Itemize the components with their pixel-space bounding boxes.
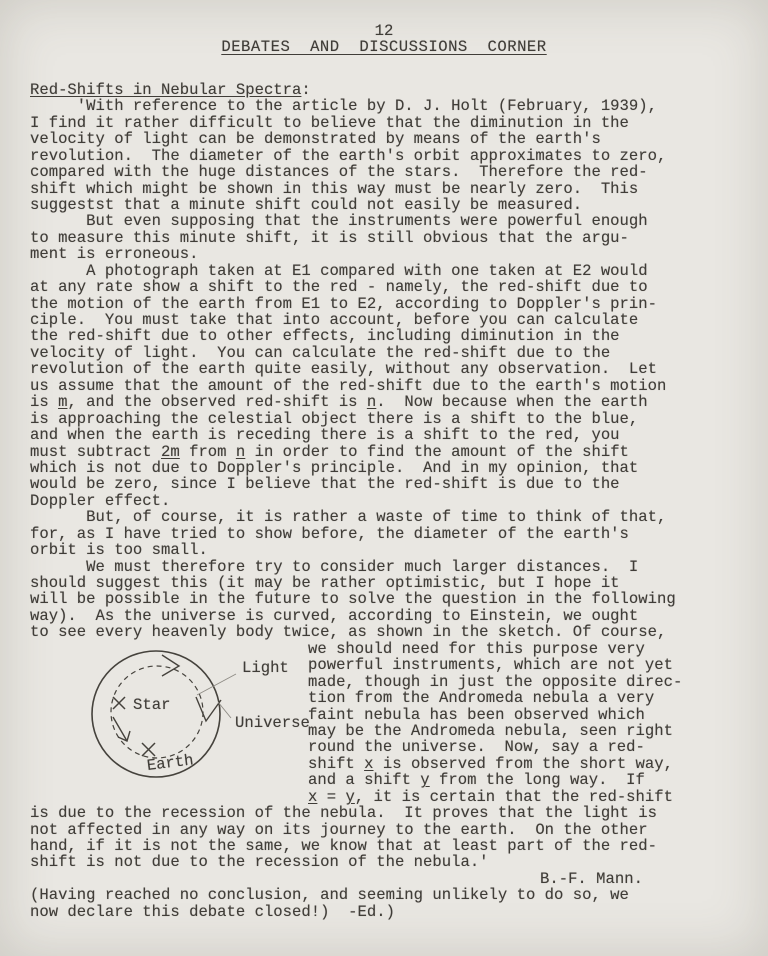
underlined-variable: 2m bbox=[161, 443, 180, 461]
text-line: is approaching the celestial object ther… bbox=[30, 411, 768, 427]
section-title: DEBATES AND DISCUSSIONS CORNER bbox=[221, 38, 546, 56]
star-label: Star bbox=[133, 696, 170, 714]
text-line: not affected in any way on its journey t… bbox=[30, 822, 768, 838]
text-line: made, though in just the opposite direc- bbox=[308, 674, 768, 690]
text-line: to see every heavenly body twice, as sho… bbox=[30, 624, 768, 640]
underlined-variable: n bbox=[367, 393, 376, 411]
text-line: hand, if it is not the same, we know tha… bbox=[30, 838, 768, 854]
text-line: would be zero, since I believe that the … bbox=[30, 476, 768, 492]
text-line: must subtract 2m from n in order to find… bbox=[30, 444, 768, 460]
star-x-mark bbox=[113, 697, 125, 709]
article-heading-colon: : bbox=[301, 81, 310, 99]
underlined-variable: m bbox=[58, 393, 67, 411]
text-line: orbit is too small. bbox=[30, 542, 768, 558]
text-line: But, of course, it is rather a waste of … bbox=[30, 509, 768, 525]
text-line: ment is erroneous. bbox=[30, 246, 768, 262]
editor-note: (Having reached no conclusion, and seemi… bbox=[0, 887, 768, 920]
text-line: powerful instruments, which are not yet bbox=[308, 657, 768, 673]
text-line: velocity of light. You can calculate the… bbox=[30, 345, 768, 361]
text-line: We must therefore try to consider much l… bbox=[30, 559, 768, 575]
document-page: 12 DEBATES AND DISCUSSIONS CORNER Red-Sh… bbox=[0, 0, 768, 956]
text-line: we should need for this purpose very bbox=[308, 641, 768, 657]
text-line: is due to the recession of the nebula. I… bbox=[30, 805, 768, 821]
text-line: shift x is observed from the short way, bbox=[308, 756, 768, 772]
earth-x-mark bbox=[142, 743, 155, 756]
text-line: is m, and the observed red-shift is n. N… bbox=[30, 394, 768, 410]
text-line: and a shift y from the long way. If bbox=[308, 772, 768, 788]
paragraph-5: We must therefore try to consider much l… bbox=[0, 559, 768, 641]
text-line: should suggest this (it may be rather op… bbox=[30, 575, 768, 591]
text-line: I find it rather difficult to believe th… bbox=[30, 115, 768, 131]
text-line: the motion of the earth from E1 to E2, a… bbox=[30, 296, 768, 312]
underlined-variable: n bbox=[236, 443, 245, 461]
text-line: round the universe. Now, say a red- bbox=[308, 739, 768, 755]
article-heading: Red-Shifts in Nebular Spectra: bbox=[0, 82, 768, 98]
text-line: way). As the universe is curved, accordi… bbox=[30, 608, 768, 624]
text-line: shift is not due to the recession of the… bbox=[30, 854, 768, 870]
text-line: A photograph taken at E1 compared with o… bbox=[30, 263, 768, 279]
text-line: 'With reference to the article by D. J. … bbox=[30, 98, 768, 114]
universe-sketch-diagram: Star Earth Light Universe bbox=[85, 641, 317, 789]
text-line: at any rate show a shift to the red - na… bbox=[30, 279, 768, 295]
paragraph-1: 'With reference to the article by D. J. … bbox=[0, 98, 768, 213]
text-line: compared with the huge distances of the … bbox=[30, 164, 768, 180]
text-line: may be the Andromeda nebula, seen right bbox=[308, 723, 768, 739]
underlined-variable: x bbox=[308, 788, 317, 806]
text-line: will be possible in the future to solve … bbox=[30, 591, 768, 607]
paragraph-2: But even supposing that the instruments … bbox=[0, 213, 768, 262]
underlined-variable: y bbox=[345, 788, 354, 806]
text-line: suggestst that a minute shift could not … bbox=[30, 197, 768, 213]
text-line: But even supposing that the instruments … bbox=[30, 213, 768, 229]
text-line: velocity of light can be demonstrated by… bbox=[30, 131, 768, 147]
paragraph-3: A photograph taken at E1 compared with o… bbox=[0, 263, 768, 510]
light-label: Light bbox=[242, 659, 289, 677]
text-line: for, as I have tried to show before, the… bbox=[30, 526, 768, 542]
text-line: us assume that the amount of the red-shi… bbox=[30, 378, 768, 394]
underlined-variable: y bbox=[420, 771, 429, 789]
underlined-variable: x bbox=[364, 755, 373, 773]
text-line: tion from the Andromeda nebula a very bbox=[308, 690, 768, 706]
text-line: to measure this minute shift, it is stil… bbox=[30, 230, 768, 246]
light-arrow-right bbox=[196, 697, 221, 721]
paragraph-5-continued: is due to the recession of the nebula. I… bbox=[0, 805, 768, 871]
text-line: ciple. You must take that into account, … bbox=[30, 312, 768, 328]
text-line: x = y, it is certain that the red-shift bbox=[308, 789, 768, 805]
author-signature: B.-F. Mann. bbox=[0, 871, 768, 887]
text-line: Doppler effect. bbox=[30, 493, 768, 509]
text-line: revolution of the earth quite easily, wi… bbox=[30, 361, 768, 377]
text-line: revolution. The diameter of the earth's … bbox=[30, 148, 768, 164]
article-heading-text: Red-Shifts in Nebular Spectra bbox=[30, 81, 301, 99]
text-line: which is not due to Doppler's principle.… bbox=[30, 460, 768, 476]
text-line: (Having reached no conclusion, and seemi… bbox=[30, 887, 768, 903]
light-arrow-top bbox=[162, 655, 179, 676]
paragraph-4: But, of course, it is rather a waste of … bbox=[0, 509, 768, 558]
text-line: and when the earth is receding there is … bbox=[30, 427, 768, 443]
page-number: 12 bbox=[0, 0, 768, 39]
text-line: shift which might be shown in this way m… bbox=[30, 181, 768, 197]
text-line: now declare this debate closed!) -Ed.) bbox=[30, 904, 768, 920]
text-line: faint nebula has been observed which bbox=[308, 707, 768, 723]
section-title-row: DEBATES AND DISCUSSIONS CORNER bbox=[0, 39, 768, 55]
text-line: the red-shift due to other effects, incl… bbox=[30, 328, 768, 344]
universe-label: Universe bbox=[235, 714, 310, 732]
